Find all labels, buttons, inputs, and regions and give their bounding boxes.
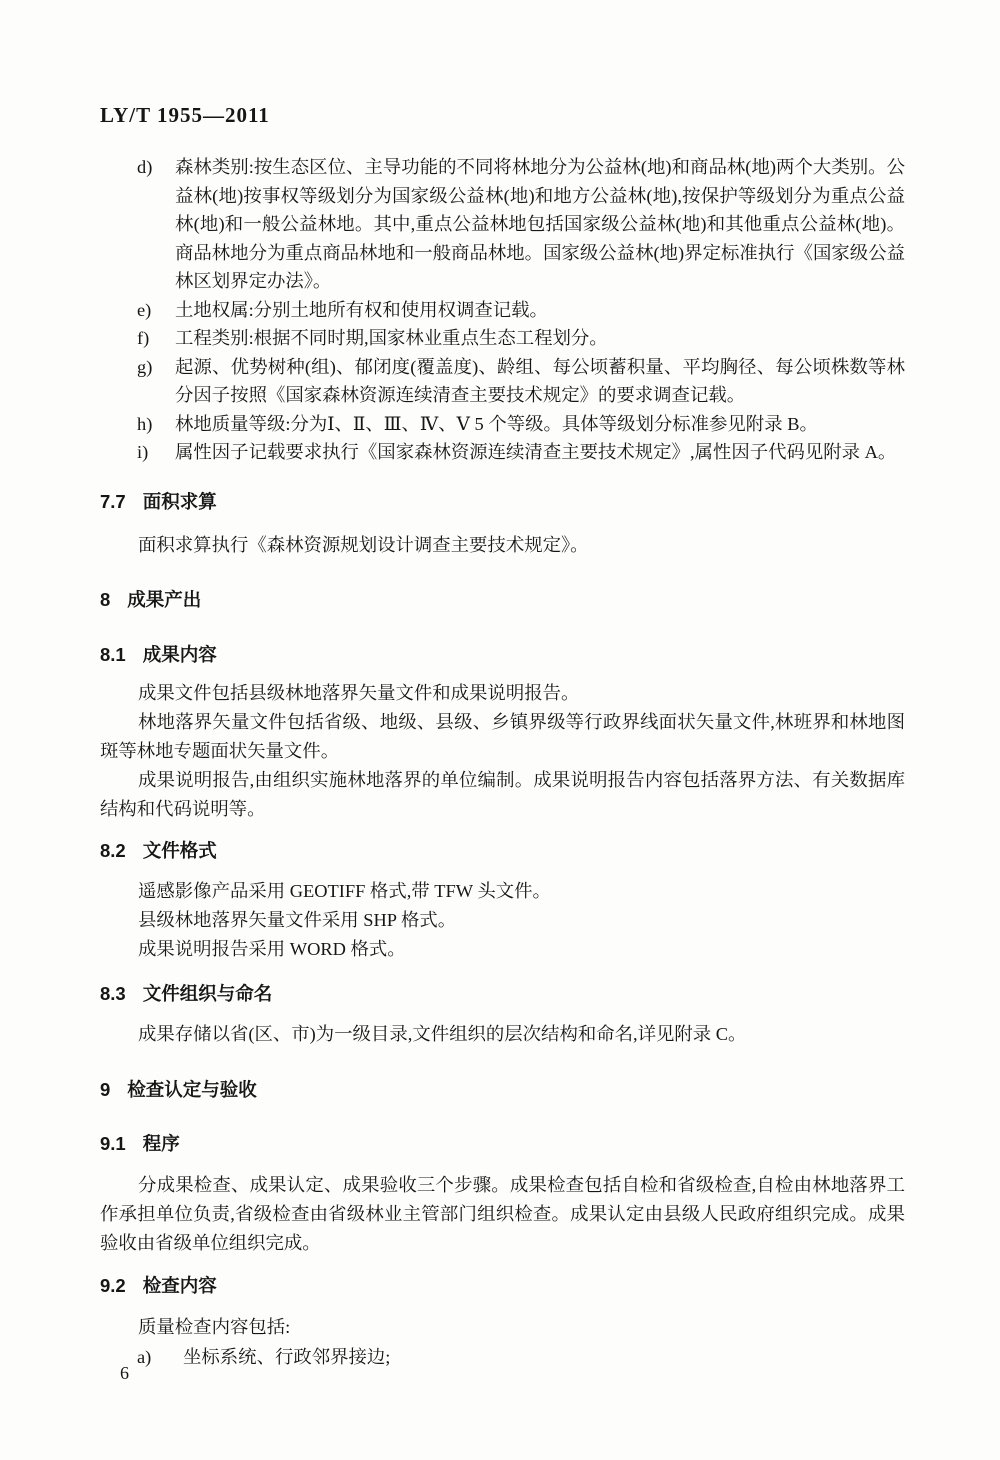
section-9-2-heading: 9.2检查内容 <box>100 1273 905 1299</box>
section-9-heading: 9检查认定与验收 <box>100 1077 905 1103</box>
section-8-2-title: 文件格式 <box>143 840 217 861</box>
list-text-h: 林地质量等级:分为Ⅰ、Ⅱ、Ⅲ、Ⅳ、Ⅴ 5 个等级。具体等级划分标准参见附录 B。 <box>175 410 905 439</box>
section-8-2-heading: 8.2文件格式 <box>100 838 905 864</box>
section-7-7-number: 7.7 <box>100 491 126 512</box>
list-text-e: 土地权属:分别土地所有权和使用权调查记载。 <box>175 296 905 325</box>
page-number: 6 <box>120 1363 129 1384</box>
section-8-2-line-3: 成果说明报告采用 WORD 格式。 <box>100 935 905 964</box>
list-marker-h: h) <box>137 410 175 439</box>
standard-number-header: LY/T 1955—2011 <box>100 103 905 127</box>
list-text-g: 起源、优势树种(组)、郁闭度(覆盖度)、龄组、每公顷蓄积量、平均胸径、每公顷株数… <box>175 353 905 410</box>
section-8-1-title: 成果内容 <box>143 644 217 665</box>
check-item-a-marker: a) <box>137 1343 183 1372</box>
section-8-2-line-1: 遥感影像产品采用 GEOTIFF 格式,带 TFW 头文件。 <box>100 877 905 906</box>
document-page: LY/T 1955—2011 d) 森林类别:按生态区位、主导功能的不同将林地分… <box>0 0 1000 1460</box>
section-8-number: 8 <box>100 589 110 610</box>
list-text-d: 森林类别:按生态区位、主导功能的不同将林地分为公益林(地)和商品林(地)两个大类… <box>175 153 905 296</box>
list-marker-g: g) <box>137 353 175 410</box>
list-marker-i: i) <box>137 438 175 467</box>
section-8-1-paragraph-2: 林地落界矢量文件包括省级、地级、县级、乡镇界级等行政界线面状矢量文件,林班界和林… <box>100 708 905 766</box>
section-8-1-paragraph-1: 成果文件包括县级林地落界矢量文件和成果说明报告。 <box>100 679 905 708</box>
list-item-f: f) 工程类别:根据不同时期,国家林业重点生态工程划分。 <box>100 324 905 353</box>
list-marker-f: f) <box>137 324 175 353</box>
list-text-f: 工程类别:根据不同时期,国家林业重点生态工程划分。 <box>175 324 905 353</box>
section-9-2-number: 9.2 <box>100 1275 126 1296</box>
section-9-1-number: 9.1 <box>100 1133 126 1154</box>
list-text-i: 属性因子记载要求执行《国家森林资源连续清查主要技术规定》,属性因子代码见附录 A… <box>175 438 905 467</box>
check-item-a-text: 坐标系统、行政邻界接边; <box>183 1343 905 1372</box>
section-9-number: 9 <box>100 1079 110 1100</box>
section-8-1-paragraph-3: 成果说明报告,由组织实施林地落界的单位编制。成果说明报告内容包括落界方法、有关数… <box>100 766 905 824</box>
list-item-e: e) 土地权属:分别土地所有权和使用权调查记载。 <box>100 296 905 325</box>
section-8-1-heading: 8.1成果内容 <box>100 642 905 668</box>
section-8-heading: 8成果产出 <box>100 587 905 613</box>
section-9-1-heading: 9.1程序 <box>100 1131 905 1157</box>
section-9-2-intro: 质量检查内容包括: <box>100 1313 905 1342</box>
list-marker-d: d) <box>137 153 175 296</box>
check-item-a: a) 坐标系统、行政邻界接边; <box>100 1343 905 1372</box>
section-8-title: 成果产出 <box>127 589 201 610</box>
section-8-2-line-2: 县级林地落界矢量文件采用 SHP 格式。 <box>100 906 905 935</box>
list-item-d: d) 森林类别:按生态区位、主导功能的不同将林地分为公益林(地)和商品林(地)两… <box>100 153 905 296</box>
section-9-1-body: 分成果检查、成果认定、成果验收三个步骤。成果检查包括自检和省级检查,自检由林地落… <box>100 1171 905 1258</box>
section-8-3-title: 文件组织与命名 <box>143 983 273 1004</box>
list-item-g: g) 起源、优势树种(组)、郁闭度(覆盖度)、龄组、每公顷蓄积量、平均胸径、每公… <box>100 353 905 410</box>
section-8-1-number: 8.1 <box>100 644 126 665</box>
survey-factor-list: d) 森林类别:按生态区位、主导功能的不同将林地分为公益林(地)和商品林(地)两… <box>100 153 905 467</box>
section-8-3-body: 成果存储以省(区、市)为一级目录,文件组织的层次结构和命名,详见附录 C。 <box>100 1020 905 1049</box>
section-9-1-title: 程序 <box>143 1133 180 1154</box>
section-8-3-number: 8.3 <box>100 983 126 1004</box>
section-8-2-number: 8.2 <box>100 840 126 861</box>
list-item-h: h) 林地质量等级:分为Ⅰ、Ⅱ、Ⅲ、Ⅳ、Ⅴ 5 个等级。具体等级划分标准参见附录… <box>100 410 905 439</box>
list-item-i: i) 属性因子记载要求执行《国家森林资源连续清查主要技术规定》,属性因子代码见附… <box>100 438 905 467</box>
section-7-7-heading: 7.7面积求算 <box>100 489 905 515</box>
section-8-3-heading: 8.3文件组织与命名 <box>100 981 905 1007</box>
list-marker-e: e) <box>137 296 175 325</box>
section-7-7-title: 面积求算 <box>143 491 217 512</box>
section-9-2-title: 检查内容 <box>143 1275 217 1296</box>
section-9-title: 检查认定与验收 <box>127 1079 257 1100</box>
section-7-7-body: 面积求算执行《森林资源规划设计调查主要技术规定》。 <box>100 531 905 560</box>
